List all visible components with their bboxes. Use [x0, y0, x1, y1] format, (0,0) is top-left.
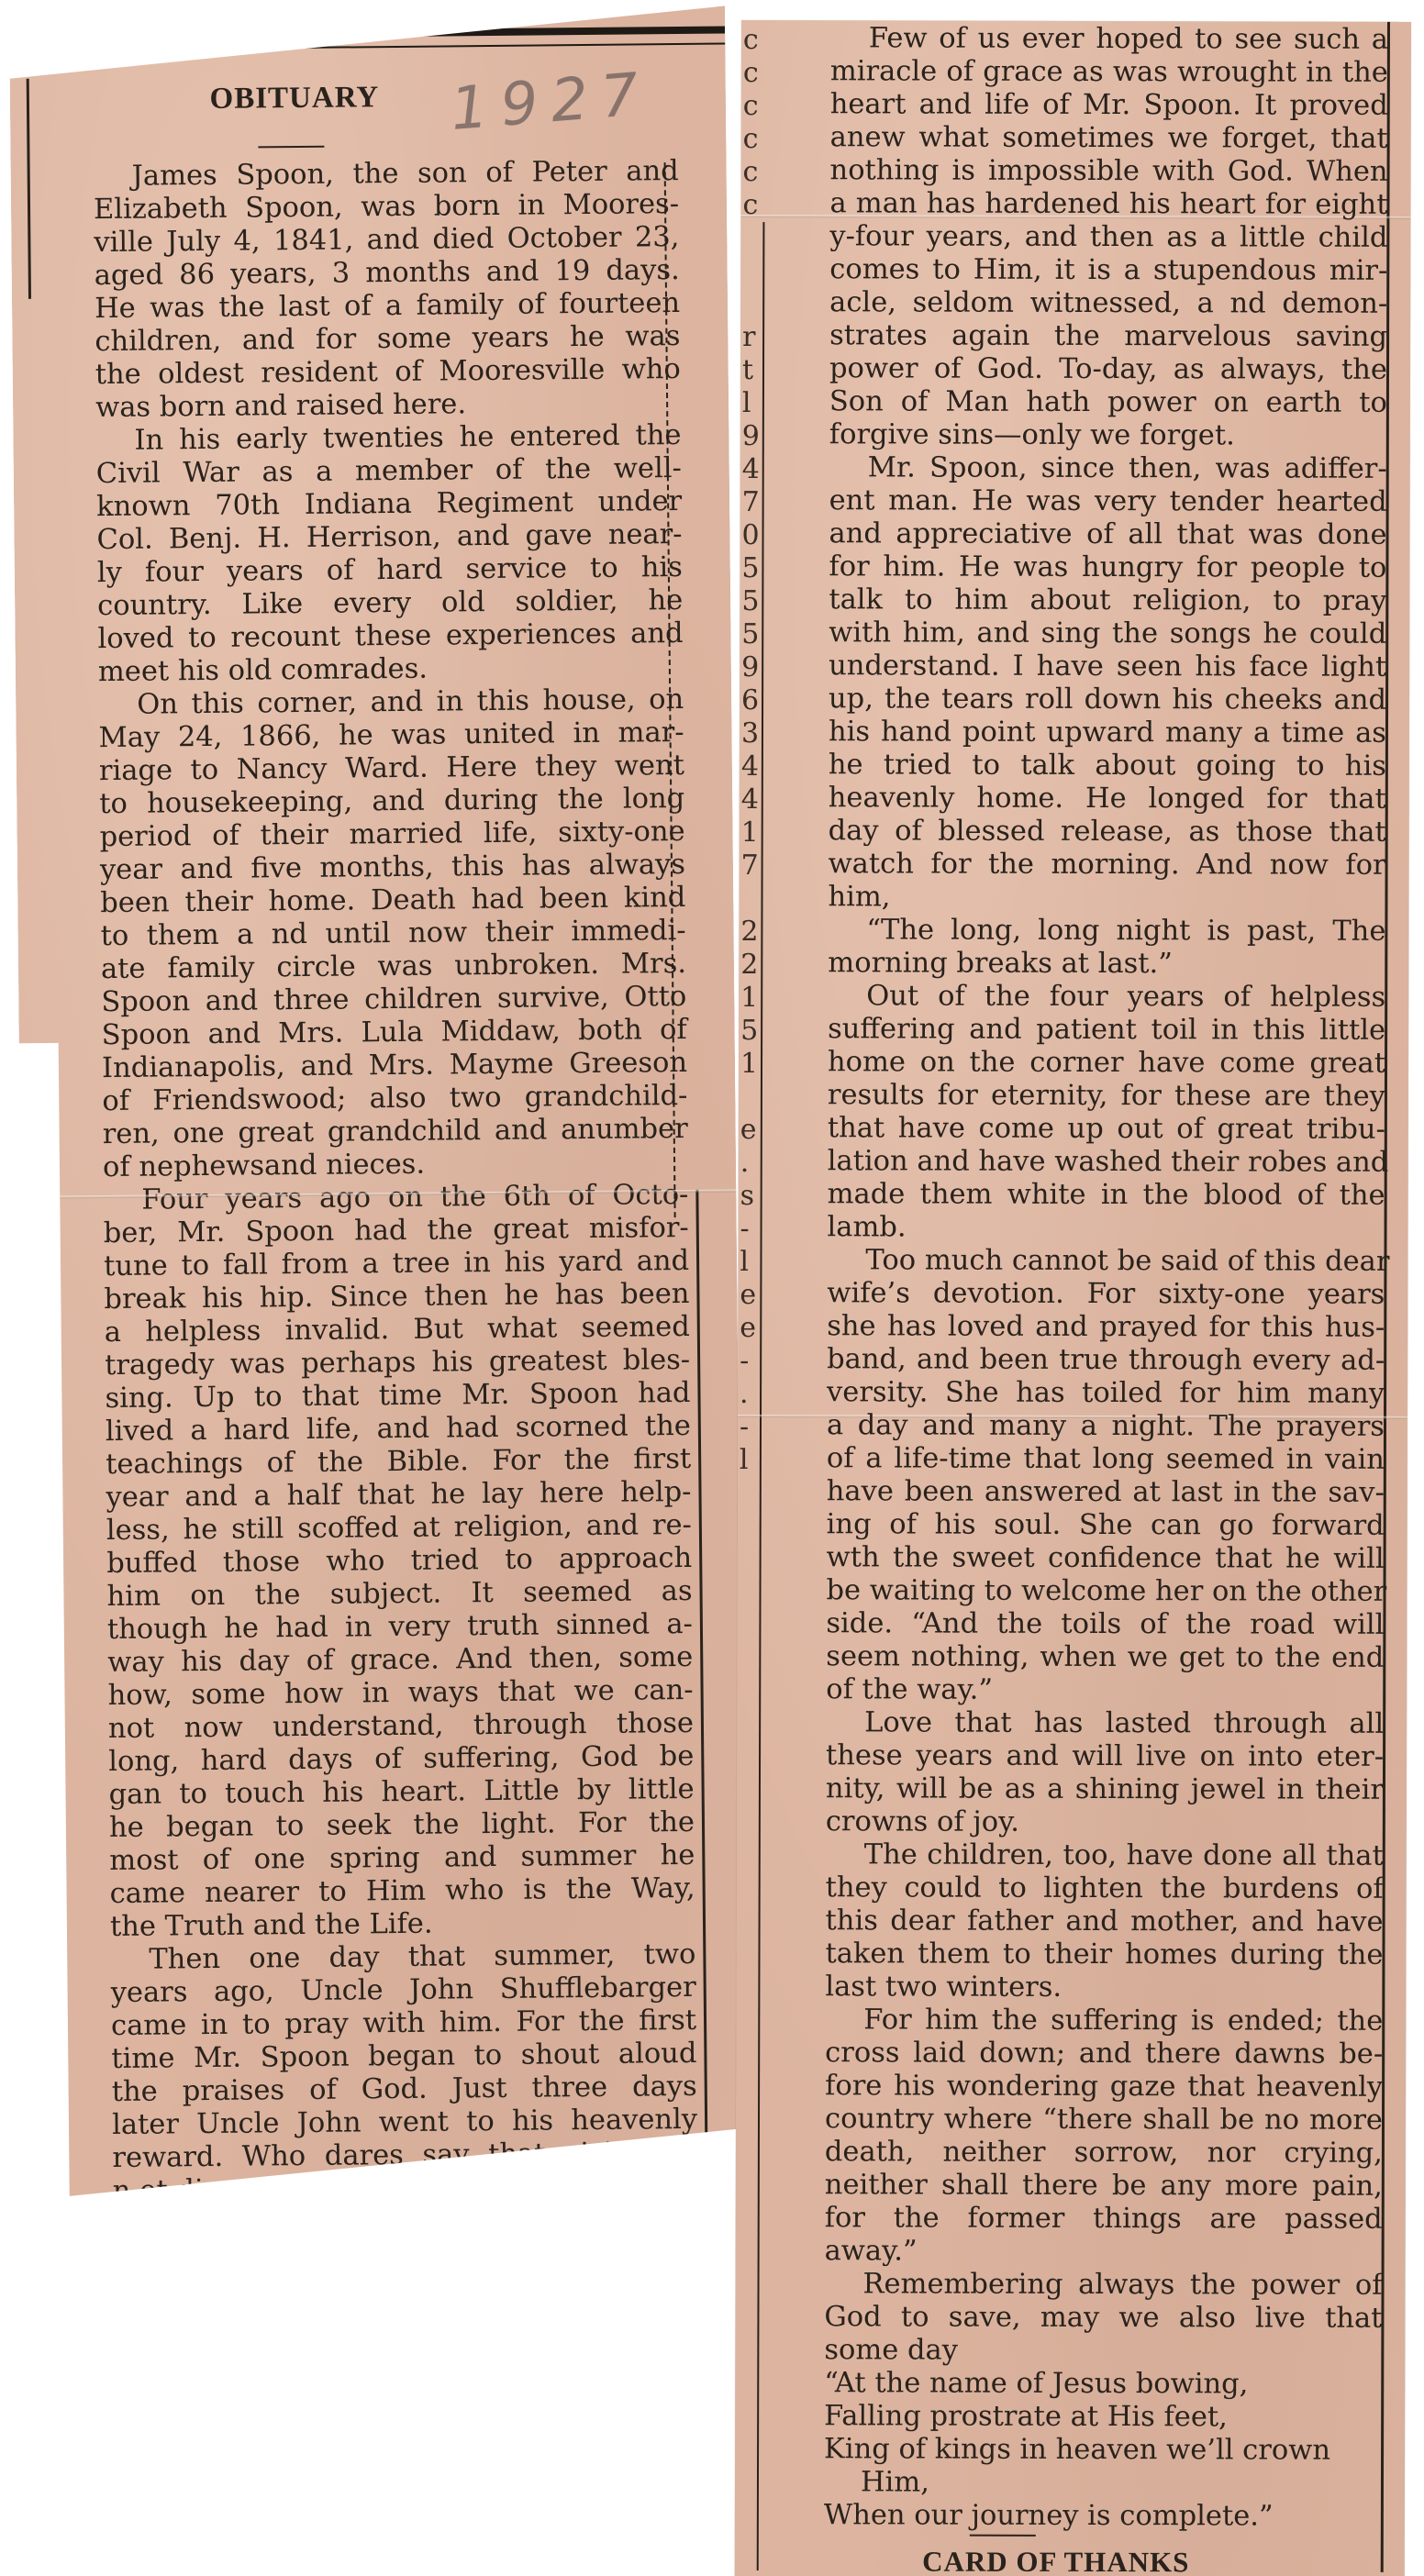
paragraph: Remembering always the power ofGod to sa… [785, 2268, 1382, 2369]
hymn-verse: “At the name of Jesus bowing,Falling pro… [785, 2367, 1382, 2534]
text-line: lation and have washed their robes and [789, 1145, 1385, 1180]
text-line: Too much cannot be said of this dear [788, 1244, 1385, 1279]
text-line: some day [785, 2334, 1382, 2369]
paragraph: On this corner, and in this house, onMay… [60, 683, 688, 1185]
text-line: came nearer to Him who is the Way, [72, 1872, 695, 1912]
verse-line: King of kings in heaven we’ll crown [824, 2433, 1382, 2468]
text-line: a day and many a night. The prayers [788, 1409, 1385, 1444]
paragraph: In his early twenties he entered theCivi… [57, 419, 684, 690]
text-line: nity, will be as a shining jewel in thei… [787, 1772, 1384, 1807]
card-of-thanks-divider [970, 2535, 1036, 2537]
text-line: Out of the four years of helpless [789, 980, 1385, 1015]
text-line: watch for the morning. And now for [790, 848, 1386, 883]
text-line: Few of us ever hoped to see such a [792, 22, 1388, 57]
text-line: y-four years, and then as a little child [791, 220, 1387, 255]
column-rule-left [27, 79, 31, 299]
text-line: miracle of grace as was wrought in the [792, 55, 1388, 90]
text-line: made them white in the blood of the [789, 1178, 1385, 1213]
verse-line: Him, [824, 2466, 1382, 2501]
right-clipping: c c c c c c r t l 9 4 7 0 5 5 5 9 6 3 4 … [735, 20, 1411, 2576]
text-line: neither shall there be any more pain, [786, 2169, 1383, 2204]
verse-line: Falling prostrate at His feet, [824, 2400, 1382, 2435]
text-line: ent man. He was very tender hearted [791, 484, 1387, 519]
text-line: home on the corner have come great [789, 1046, 1385, 1081]
column-rule-right [695, 1190, 707, 2162]
text-line: Love that has lasted through all [787, 1706, 1384, 1741]
text-line: Remembering always the power of [785, 2268, 1382, 2303]
paragraph: Then one day that summer, twoyears ago, … [72, 1938, 698, 2209]
text-line: this dear father and mother, and have [787, 1904, 1384, 1939]
text-line: taken them to their homes during the [786, 1938, 1383, 1972]
text-line: of a life-time that long seemed in vain [788, 1442, 1385, 1477]
text-line: crowns of joy. [787, 1805, 1384, 1840]
text-line: results for eternity, for these are they [789, 1079, 1385, 1114]
text-line: understand. I have seen his face light [790, 650, 1386, 684]
text-line: ing of his soul. She can go forward [788, 1508, 1385, 1543]
text-line: n ot directed of the Lord. [74, 2170, 698, 2209]
text-line: wth the sweet confidence that he will [788, 1541, 1385, 1576]
text-line: The children, too, have done all that [787, 1838, 1384, 1873]
paragraph: “The long, long night is past, Themornin… [789, 914, 1385, 982]
text-line: versity. She has toiled for him many [788, 1376, 1385, 1411]
text-line: morning breaks at last.” [789, 947, 1385, 982]
handwritten-year: 1927 [448, 61, 653, 144]
paragraph: Few of us ever hoped to see such amiracl… [791, 22, 1388, 453]
card-of-thanks-heading: CARD OF THANKS [735, 2545, 1377, 2576]
text-line: forgive sins—only we forget. [791, 418, 1387, 453]
text-line: side. “And the toils of the road will [787, 1607, 1384, 1642]
paragraph: The children, too, have done all thatthe… [786, 1838, 1383, 2005]
text-line: for him. He was hungry for people to [790, 550, 1386, 585]
text-line: cross laid down; and there dawns be- [786, 2037, 1383, 2071]
text-line: up, the tears roll down his cheeks and [790, 683, 1386, 717]
text-line: seem nothing, when we get to the end [787, 1640, 1384, 1675]
verse-line: “At the name of Jesus bowing, [824, 2367, 1382, 2402]
adjacent-column-fragments: c c c c c c r t l 9 4 7 0 5 5 5 9 6 3 4 … [740, 24, 761, 1477]
verse-line: When our journey is complete.” [824, 2499, 1382, 2534]
text-line: country where “there shall be no more [786, 2103, 1383, 2137]
text-line: him, [789, 881, 1385, 916]
header-rule-heavy [9, 27, 725, 40]
text-line: anew what sometimes we forget, that [792, 121, 1388, 156]
text-line: power of God. To-day, as always, the [791, 352, 1387, 387]
left-column-text: James Spoon, the son of Peter andElizabe… [55, 155, 698, 2208]
paragraph: Too much cannot be said of this dearwife… [787, 1244, 1385, 1708]
text-line: with him, and sing the songs he could [790, 616, 1386, 651]
text-line: for the former things are passed [786, 2202, 1383, 2237]
text-line: talk to him about religion, to pray [790, 583, 1386, 618]
text-line: strates again the marvelous saving [791, 319, 1387, 354]
text-line: that have come up out of great tribu- [789, 1112, 1385, 1147]
right-column-text: Few of us ever hoped to see such amiracl… [785, 22, 1388, 2534]
text-line: she has loved and prayed for this hus- [788, 1310, 1385, 1345]
text-line: and appreciative of all that was done [790, 517, 1386, 552]
paragraph: Love that has lasted through allthese ye… [787, 1706, 1384, 1840]
text-line: God to save, may we also live that [785, 2301, 1382, 2336]
text-line: reward. Who dares say that visit was [73, 2137, 697, 2176]
text-line: acle, seldom witnessed, a nd demon- [791, 286, 1387, 321]
paragraph: For him the suffering is ended; thecross… [786, 2004, 1384, 2270]
left-clipping: OBITUARY 1927 James Spoon, the son of Pe… [9, 6, 746, 2205]
text-line: of the way.” [787, 1673, 1384, 1708]
text-line: death, neither sorrow, nor crying, [786, 2136, 1383, 2171]
text-line: the oldest resident of Mooresville who [57, 353, 681, 393]
text-line: suffering and patient toil in this littl… [789, 1013, 1385, 1048]
text-line: heart and life of Mr. Spoon. It proved [792, 88, 1388, 123]
text-line: last two winters. [786, 1971, 1383, 2005]
text-line: nothing is impossible with God. When [792, 154, 1388, 189]
text-line: day of blessed release, as those that [790, 815, 1386, 849]
text-line: loved to recount these experiences and [59, 617, 683, 657]
text-line: lamb. [789, 1211, 1385, 1246]
text-line: wife’s devotion. For sixty-one years [788, 1277, 1385, 1312]
text-line: heavenly home. He longed for that [790, 782, 1386, 816]
text-line: he tried to talk about going to his [790, 749, 1386, 783]
text-line: “The long, long night is past, The [789, 914, 1385, 949]
headline-divider [258, 146, 324, 149]
text-line: ren, one great grandchild and anumber [64, 1113, 688, 1152]
text-line: Mr. Spoon, since then, was adiffer- [791, 451, 1387, 486]
paragraph: Four years ago on the 6th of Octo-ber, M… [64, 1179, 695, 1944]
text-line: these years and will live on into eter- [787, 1739, 1384, 1774]
text-line: his hand point upward many a time as [790, 716, 1386, 750]
text-line: away.” [786, 2235, 1383, 2270]
text-line: Son of Man hath power on earth to [791, 385, 1387, 420]
text-line: comes to Him, it is a stupendous mir- [791, 253, 1387, 288]
text-line: be waiting to welcome her on the other [787, 1574, 1384, 1609]
paragraph: Mr. Spoon, since then, was adiffer-ent m… [789, 451, 1386, 916]
text-line: fore his wondering gaze that heavenly [786, 2070, 1383, 2104]
paragraph: Out of the four years of helplesssufferi… [789, 980, 1386, 1246]
text-line: they could to lighten the burdens of [787, 1871, 1384, 1906]
text-line: band, and been true through every ad- [788, 1343, 1385, 1378]
text-line: a man has hardened his heart for eight [791, 187, 1387, 222]
text-line: have been answered at last in the sav- [788, 1475, 1385, 1510]
header-rule-thin [9, 43, 725, 51]
text-line: For him the suffering is ended; the [786, 2004, 1383, 2038]
paragraph: James Spoon, the son of Peter andElizabe… [55, 155, 682, 426]
